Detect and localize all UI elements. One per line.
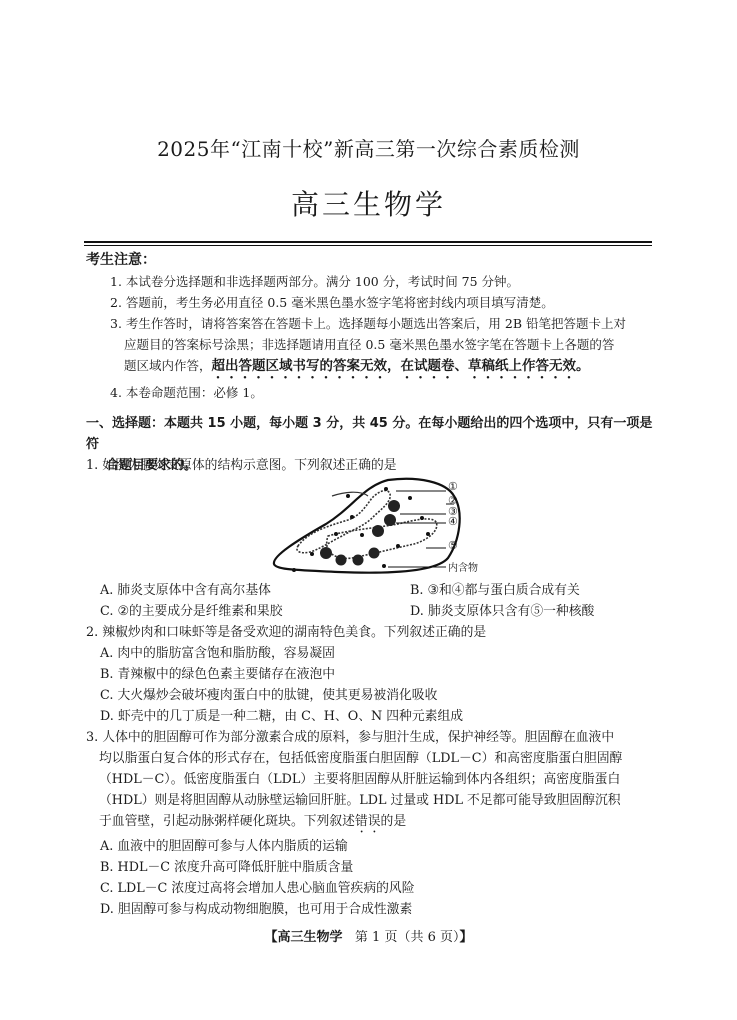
question-3: 3. 人体中的胆固醇可作为部分激素合成的原料，参与胆汁生成，保护神经等。胆固醇在… [86,727,658,920]
question-stem-emphasis: 错误 [355,814,381,829]
question-stem: 1. 如图为肺炎支原体的结构示意图。下列叙述正确的是 [86,455,658,476]
notice-emphasis-warning: 超出答题区域书写的答案无效，在试题卷、草稿纸上作答无效。 [212,358,590,374]
question-option: D. 胆固醇可参与构成动物细胞膜，也可用于合成性激素 [86,899,658,920]
question-stem-text: 于血管壁，引起动脉粥样硬化斑块。下列叙述 [99,814,355,829]
question-option: B. HDL－C 浓度升高可降低肝脏中脂质含量 [86,857,658,878]
notice-item-4: 4. 本卷命题范围：必修 1。 [110,382,655,403]
question-option: B. ③和④都与蛋白质合成有关 [410,580,580,601]
notice-list: 1. 本试卷分选择题和非选择题两部分。满分 100 分，考试时间 75 分钟。 … [110,271,655,403]
footer-page-info: 第 1 页（共 6 页） [355,930,460,945]
footer-left-bracket: 【 [264,930,277,945]
mycoplasma-structure-icon [268,474,548,578]
footer-subject: 高三生物学 [278,930,343,945]
question-stem-line: 3. 人体中的胆固醇可作为部分激素合成的原料，参与胆汁生成，保护神经等。胆固醇在… [86,727,658,748]
diagram-label-1: ① [448,480,458,493]
section-heading-line1: 一、选择题：本题共 15 小题，每小题 3 分，共 45 分。在每小题给出的四个… [86,416,652,452]
question-option: A. 肉中的脂肪富含饱和脂肪酸，容易凝固 [86,643,658,664]
question-option: D. 虾壳中的几丁质是一种二糖，由 C、H、O、N 四种元素组成 [86,706,658,727]
question-option: A. 肺炎支原体中含有高尔基体 [100,580,410,601]
mycoplasma-diagram: ① ② ③ ④ ⑤ 内含物 [268,474,548,578]
notice-item-2: 2. 答题前，考生务必用直径 0.5 毫米黑色墨水签字笔将密封线内项目填写清楚。 [110,292,655,313]
question-1-options: A. 肺炎支原体中含有高尔基体 B. ③和④都与蛋白质合成有关 C. ②的主要成… [86,580,658,622]
question-option: A. 血液中的胆固醇可参与人体内脂质的运输 [86,836,658,857]
question-1-stem: 1. 如图为肺炎支原体的结构示意图。下列叙述正确的是 [86,455,658,476]
question-option: B. 青辣椒中的绿色色素主要储存在液泡中 [86,664,658,685]
notice-item-3-line1: 3. 考生作答时，请将答案答在答题卡上。选择题每小题选出答案后，用 2B 铅笔把… [110,316,626,331]
notice-item-3: 3. 考生作答时，请将答案答在答题卡上。选择题每小题选出答案后，用 2B 铅笔把… [110,313,655,382]
question-stem-line: 于血管壁，引起动脉粥样硬化斑块。下列叙述错误的是 [86,811,658,836]
footer-right-bracket: 】 [460,930,473,945]
header-rule-thin [84,245,652,246]
notice-item-1: 1. 本试卷分选择题和非选择题两部分。满分 100 分，考试时间 75 分钟。 [110,271,655,292]
question-2: 2. 辣椒炒肉和口味虾等是备受欢迎的湖南特色美食。下列叙述正确的是 A. 肉中的… [86,622,658,727]
header-rule-thick [84,241,652,243]
subject-title: 高三生物学 [0,183,737,223]
question-option: C. ②的主要成分是纤维素和果胶 [100,601,410,622]
notice-heading: 考生注意： [86,249,156,269]
question-stem-line: 均以脂蛋白复合体的形式存在，包括低密度脂蛋白胆固醇（LDL－C）和高密度脂蛋白胆… [86,748,658,769]
notice-item-3-plain: 题区域内作答， [124,358,212,373]
notice-item-3-line3: 题区域内作答，超出答题区域书写的答案无效，在试题卷、草稿纸上作答无效。 [110,355,655,382]
question-option: C. 大火爆炒会破坏瘦肉蛋白中的肽键，使其更易被消化吸收 [86,685,658,706]
question-stem-line: （HDL）则是将胆固醇从动脉壁运输回肝脏。LDL 过量或 HDL 不足都可能导致… [86,790,658,811]
exam-title: 2025年“江南十校”新高三第一次综合素质检测 [0,133,737,162]
diagram-label-5: ⑤ [448,539,458,552]
question-stem-line: （HDL－C）。低密度脂蛋白（LDL）主要将胆固醇从肝脏运输到体内各组织；高密度… [86,769,658,790]
page-footer: 【高三生物学 第 1 页（共 6 页）】 [0,926,737,945]
question-stem-text: 的是 [381,814,407,829]
diagram-label-4: ④ [448,515,458,528]
notice-item-3-line2: 应题目的答案标号涂黑；非选择题请用直径 0.5 毫米黑色墨水签字笔在答题卡上各题… [110,334,655,355]
question-option: D. 肺炎支原体只含有⑤一种核酸 [410,601,594,622]
diagram-label-inclusions: 内含物 [448,559,478,574]
question-option: C. LDL－C 浓度过高将会增加人患心脑血管疾病的风险 [86,878,658,899]
question-stem: 2. 辣椒炒肉和口味虾等是备受欢迎的湖南特色美食。下列叙述正确的是 [86,622,658,643]
